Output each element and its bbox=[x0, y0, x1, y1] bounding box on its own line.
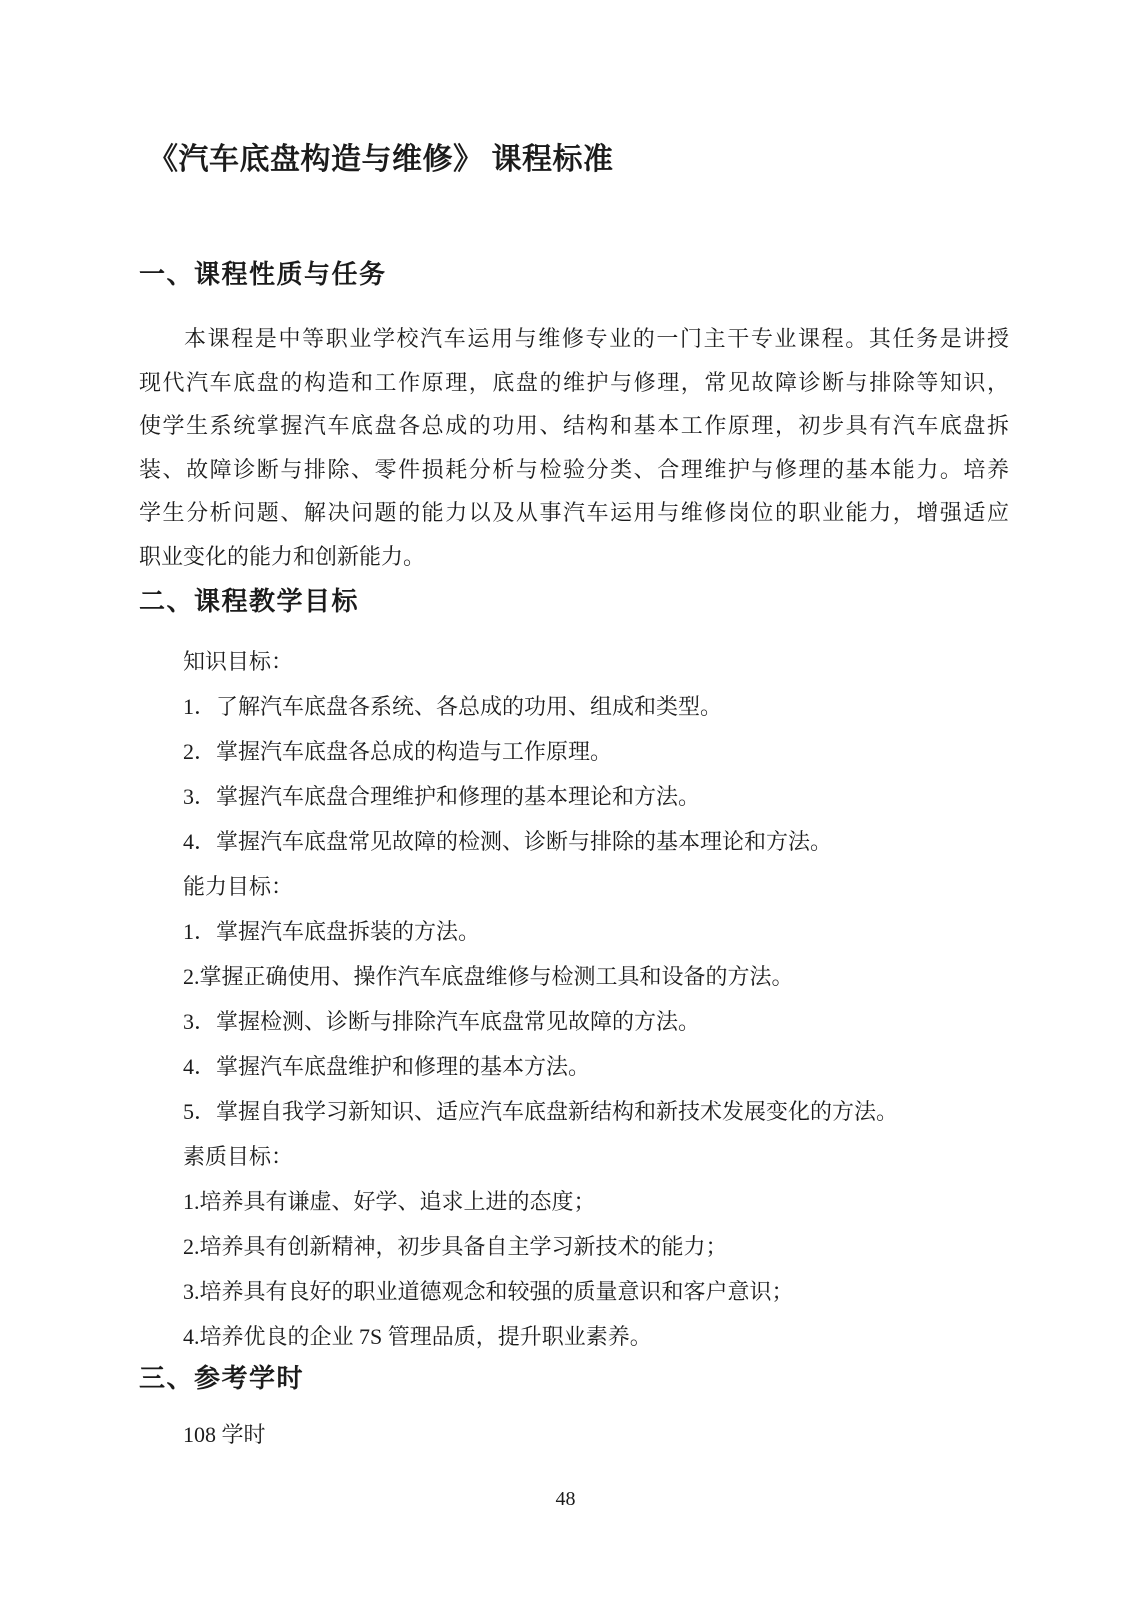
paragraph-line: 本课程是中等职业学校汽车运用与维修专业的一门主干专业课程。其任务是讲授 bbox=[139, 317, 1009, 361]
paragraph-line: 使学生系统掌握汽车底盘各总成的功用、结构和基本工作原理，初步具有汽车底盘拆 bbox=[139, 404, 1009, 448]
ability-goal-item: 4．掌握汽车底盘维护和修理的基本方法。 bbox=[139, 1044, 1029, 1089]
quality-goal-item: 2.培养具有创新精神，初步具备自主学习新技术的能力； bbox=[139, 1224, 1029, 1269]
ability-goal-item: 1．掌握汽车底盘拆装的方法。 bbox=[139, 909, 1029, 954]
knowledge-goal-item: 1．了解汽车底盘各系统、各总成的功用、组成和类型。 bbox=[139, 684, 1029, 729]
teaching-goals-block: 知识目标： 1．了解汽车底盘各系统、各总成的功用、组成和类型。 2．掌握汽车底盘… bbox=[139, 639, 1029, 1359]
document-title: 《汽车底盘构造与维修》 课程标准 bbox=[148, 141, 614, 179]
ability-goal-item: 3．掌握检测、诊断与排除汽车底盘常见故障的方法。 bbox=[139, 999, 1029, 1044]
knowledge-goal-item: 3．掌握汽车底盘合理维护和修理的基本理论和方法。 bbox=[139, 774, 1029, 819]
quality-goal-item: 3.培养具有良好的职业道德观念和较强的质量意识和客户意识； bbox=[139, 1269, 1029, 1314]
quality-goal-item: 1.培养具有谦虚、好学、追求上进的态度； bbox=[139, 1179, 1029, 1224]
ability-goals-label: 能力目标： bbox=[139, 864, 1029, 909]
page-number: 48 bbox=[0, 1486, 1131, 1512]
section-heading-teaching-goals: 二、课程教学目标 bbox=[139, 586, 359, 618]
document-page: 《汽车底盘构造与维修》 课程标准 一、课程性质与任务 本课程是中等职业学校汽车运… bbox=[0, 0, 1131, 1600]
section-heading-reference-hours: 三、参考学时 bbox=[139, 1363, 304, 1395]
knowledge-goal-item: 2．掌握汽车底盘各总成的构造与工作原理。 bbox=[139, 729, 1029, 774]
paragraph-line: 职业变化的能力和创新能力。 bbox=[139, 535, 1009, 579]
section-heading-course-nature: 一、课程性质与任务 bbox=[139, 259, 387, 291]
ability-goal-item: 5．掌握自我学习新知识、适应汽车底盘新结构和新技术发展变化的方法。 bbox=[139, 1089, 1029, 1134]
quality-goal-item: 4.培养优良的企业 7S 管理品质，提升职业素养。 bbox=[139, 1314, 1029, 1359]
knowledge-goals-label: 知识目标： bbox=[139, 639, 1029, 684]
ability-goal-item: 2.掌握正确使用、操作汽车底盘维修与检测工具和设备的方法。 bbox=[139, 954, 1029, 999]
paragraph-line: 学生分析问题、解决问题的能力以及从事汽车运用与维修岗位的职业能力，增强适应 bbox=[139, 491, 1009, 535]
paragraph-line: 现代汽车底盘的构造和工作原理，底盘的维护与修理，常见故障诊断与排除等知识， bbox=[139, 361, 1009, 405]
quality-goals-label: 素质目标： bbox=[139, 1134, 1029, 1179]
reference-hours-value: 108 学时 bbox=[183, 1420, 266, 1450]
paragraph-line: 装、故障诊断与排除、零件损耗分析与检验分类、合理维护与修理的基本能力。培养 bbox=[139, 448, 1009, 492]
course-nature-paragraph: 本课程是中等职业学校汽车运用与维修专业的一门主干专业课程。其任务是讲授 现代汽车… bbox=[139, 317, 1009, 578]
knowledge-goal-item: 4．掌握汽车底盘常见故障的检测、诊断与排除的基本理论和方法。 bbox=[139, 819, 1029, 864]
